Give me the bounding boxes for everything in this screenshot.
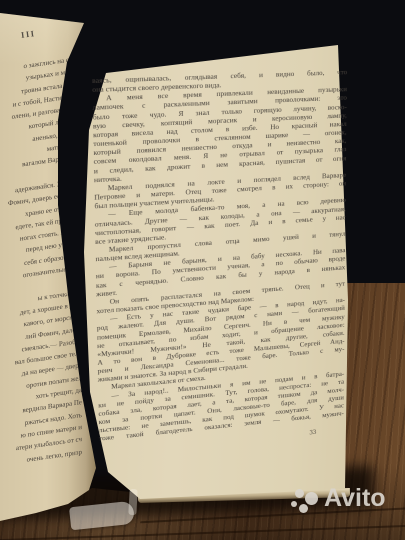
avito-circles-logo-icon: [288, 486, 320, 516]
chapter-heading: III: [20, 28, 36, 40]
avito-label: Avito: [324, 484, 386, 513]
book-photo: III о зажглись на стенеузырьках и многие…: [0, 0, 405, 540]
left-page-text: о зажглись на стенеузырьках и многиетров…: [0, 52, 82, 474]
page-text: ваясь, ощипывалась, оглядывая себя, и ви…: [92, 68, 347, 459]
